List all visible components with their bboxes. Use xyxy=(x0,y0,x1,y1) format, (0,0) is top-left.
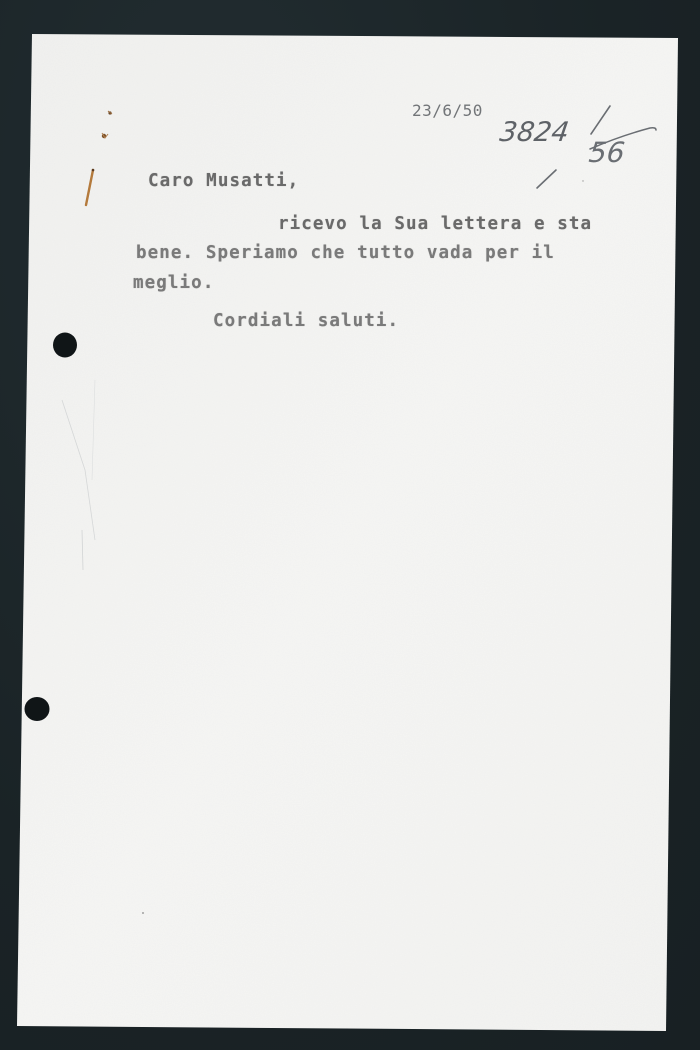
letter-salutation: Caro Musatti, xyxy=(148,173,299,191)
letter-sheet: 23/6/50 3824 1 56 Caro Musatti, ricevo l… xyxy=(0,0,700,1050)
letter-body-line-3: meglio. xyxy=(133,275,214,293)
letter-closing: Cordiali saluti. xyxy=(213,313,399,331)
letter-body-line-1: ricevo la Sua lettera e sta xyxy=(278,216,592,234)
letter-body-line-2: bene. Speriamo che tutto vada per il xyxy=(136,245,555,263)
archive-fraction-top: 1 xyxy=(600,100,601,101)
date-annotation: 23/6/50 xyxy=(412,101,483,120)
archive-fraction-bottom: 56 xyxy=(588,139,627,167)
archive-protocol-number: 3824 xyxy=(498,119,571,146)
